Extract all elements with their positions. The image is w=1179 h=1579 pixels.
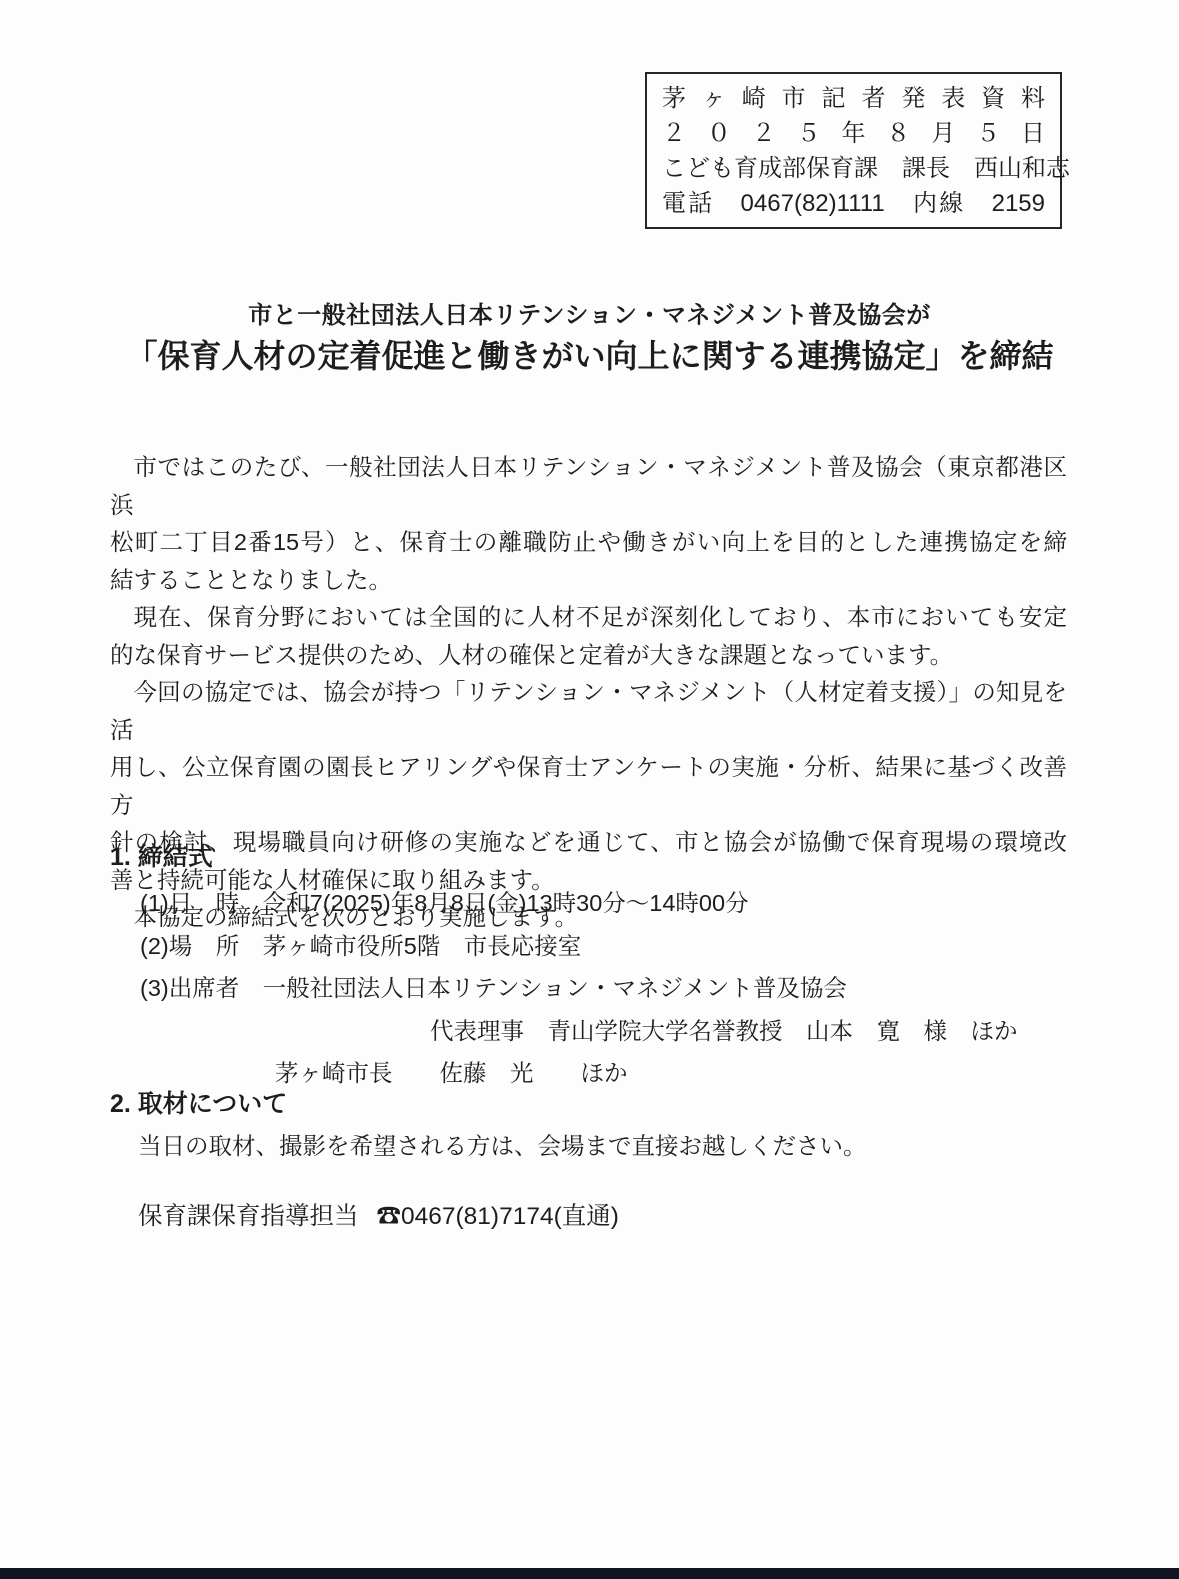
telephone-icon: ☎ — [377, 1203, 402, 1230]
photo-bottom-edge — [0, 1568, 1179, 1579]
section-coverage-body: 当日の取材、撮影を希望される方は、会場まで直接お越しください。 — [138, 1128, 1067, 1165]
body-line: 現在、保育分野においては全国的に人材不足が深刻化しており、本市においても安定 — [110, 599, 1067, 637]
ceremony-datetime: (1)日 時 令和7(2025)年8月8日(金)13時30分～14時00分 — [140, 882, 1067, 925]
section-coverage-heading: 2. 取材について — [110, 1088, 1067, 1120]
header-phone-extension: 電話 0467(82)1111 内線 2159 — [662, 187, 1045, 221]
footer-contact: 保育課保育指導担当☎0467(81)7174(直通) — [138, 1197, 619, 1232]
section-ceremony: 1. 締結式 (1)日 時 令和7(2025)年8月8日(金)13時30分～14… — [110, 841, 1067, 1095]
section-ceremony-heading: 1. 締結式 — [110, 841, 1067, 873]
ceremony-details: (1)日 時 令和7(2025)年8月8日(金)13時30分～14時00分 (2… — [140, 882, 1067, 1095]
document-title: 市と一般社団法人日本リテンション・マネジメント普及協会が 「保育人材の定着促進と… — [0, 300, 1179, 377]
section-coverage: 2. 取材について 当日の取材、撮影を希望される方は、会場まで直接お越しください… — [110, 1088, 1067, 1165]
header-doc-type: 茅ヶ崎市記者発表資料 — [662, 82, 1045, 116]
body-line: 用し、公立保育園の園長ヒアリングや保育士アンケートの実施・分析、結果に基づく改善… — [110, 749, 1067, 824]
press-release-header-box: 茅ヶ崎市記者発表資料 ２０２５年８月５日 こども育成部保育課 課長 西山和志 電… — [645, 72, 1062, 229]
title-line-2: 「保育人材の定着促進と働きがい向上に関する連携協定」を締結 — [0, 335, 1179, 377]
title-line-1: 市と一般社団法人日本リテンション・マネジメント普及協会が — [0, 300, 1179, 332]
body-line: 結することとなりました。 — [110, 562, 1067, 600]
attendee-association-representative: 代表理事 青山学院大学名誉教授 山本 寛 様 ほか — [140, 1010, 1067, 1053]
header-date: ２０２５年８月５日 — [662, 117, 1045, 151]
ceremony-place: (2)場 所 茅ヶ崎市役所5階 市長応接室 — [140, 925, 1067, 968]
footer-contact-phone: 0467(81)7174(直通) — [401, 1203, 619, 1230]
body-line: 的な保育サービス提供のため、人材の確保と定着が大きな課題となっています。 — [110, 637, 1067, 675]
press-release-page: 茅ヶ崎市記者発表資料 ２０２５年８月５日 こども育成部保育課 課長 西山和志 電… — [0, 0, 1179, 1579]
body-line: 松町二丁目2番15号）と、保育士の離職防止や働きがい向上を目的とした連携協定を締 — [110, 524, 1067, 562]
body-line: 今回の協定では、協会が持つ「リテンション・マネジメント（人材定着支援）」の知見を… — [110, 674, 1067, 749]
header-department-contact: こども育成部保育課 課長 西山和志 — [662, 152, 1045, 186]
footer-contact-department: 保育課保育指導担当 — [138, 1203, 359, 1230]
body-line: 市ではこのたび、一般社団法人日本リテンション・マネジメント普及協会（東京都港区浜 — [110, 449, 1067, 524]
ceremony-attendees: (3)出席者 一般社団法人日本リテンション・マネジメント普及協会 — [140, 967, 1067, 1010]
